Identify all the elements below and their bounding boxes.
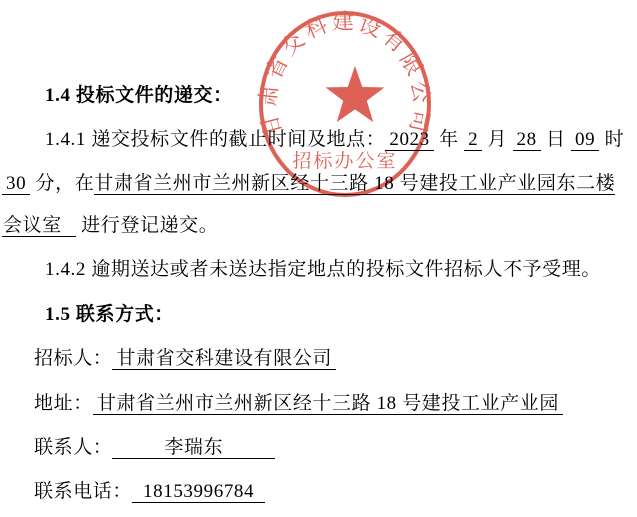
deadline-month-unit: 月 bbox=[482, 129, 512, 150]
deadline-hour: 09 bbox=[571, 129, 599, 151]
deadline-minute: 30 bbox=[2, 173, 30, 195]
deadline-line-2: 30 分，在甘肃省兰州市兰州新区经十三路 18 号建投工业产业园东二楼 bbox=[2, 170, 615, 197]
seal-company-char: 交 bbox=[278, 28, 309, 59]
seal-company-char: 设 bbox=[356, 13, 384, 41]
address-label: 地址： bbox=[34, 393, 93, 414]
tenderer-label: 招标人： bbox=[34, 348, 112, 369]
deadline-line-1: 1.4.1 递交投标文件的截止时间及地点：2023 年 2 月 28 日 09 … bbox=[45, 126, 624, 153]
seal-company-char: 有 bbox=[378, 26, 409, 57]
deadline-year-unit: 年 bbox=[434, 129, 464, 150]
deadline-month: 2 bbox=[464, 129, 482, 151]
deadline-minute-unit: 分，在 bbox=[30, 173, 94, 194]
deadline-location-1: 甘肃省兰州市兰州新区经十三路 18 号建投工业产业园东二楼 bbox=[94, 173, 615, 195]
phone-line: 联系电话：18153996784 bbox=[34, 478, 265, 505]
deadline-suffix: 进行登记递交。 bbox=[76, 215, 219, 236]
section-1-5-heading: 1.5 联系方式： bbox=[45, 301, 174, 328]
contact-label: 联系人： bbox=[34, 437, 112, 458]
seal-company-char: 建 bbox=[332, 11, 355, 34]
seal-company-char: 省 bbox=[262, 53, 291, 83]
tenderer-line: 招标人：甘肃省交科建设有限公司 bbox=[34, 345, 336, 372]
contact-person-line: 联系人：李瑞东 bbox=[34, 434, 275, 461]
contact-value: 李瑞东 bbox=[112, 437, 275, 459]
deadline-line-3: 会议室 进行登记递交。 bbox=[2, 212, 218, 239]
deadline-year: 2023 bbox=[385, 129, 433, 151]
seal-company-char: 公 bbox=[408, 79, 433, 104]
document-page: 甘肃省交科建设有限公司 招标办公室 1.4 投标文件的递交： 1.4.1 递交投… bbox=[0, 0, 637, 517]
seal-company-char: 科 bbox=[302, 14, 331, 43]
deadline-location-2: 会议室 bbox=[2, 215, 76, 237]
deadline-hour-unit: 时 bbox=[599, 129, 624, 150]
seal-border bbox=[261, 13, 429, 195]
phone-label: 联系电话： bbox=[34, 481, 132, 502]
address-line: 地址：甘肃省兰州市兰州新区经十三路 18 号建投工业产业园 bbox=[34, 390, 563, 417]
deadline-prefix: 1.4.1 递交投标文件的截止时间及地点： bbox=[45, 129, 385, 150]
late-clause-line: 1.4.2 逾期送达或者未送达指定地点的投标文件招标人不予受理。 bbox=[45, 256, 601, 283]
seal-company-char: 限 bbox=[396, 49, 426, 79]
seal-company-char: 肃 bbox=[257, 84, 281, 108]
address-value: 甘肃省兰州市兰州新区经十三路 18 号建投工业产业园 bbox=[93, 393, 563, 415]
seal-star-icon bbox=[326, 66, 385, 122]
deadline-day-unit: 日 bbox=[541, 129, 571, 150]
section-1-4-heading: 1.4 投标文件的递交： bbox=[45, 82, 233, 109]
phone-value: 18153996784 bbox=[132, 481, 265, 503]
deadline-day: 28 bbox=[513, 129, 541, 151]
tenderer-value: 甘肃省交科建设有限公司 bbox=[112, 348, 336, 370]
